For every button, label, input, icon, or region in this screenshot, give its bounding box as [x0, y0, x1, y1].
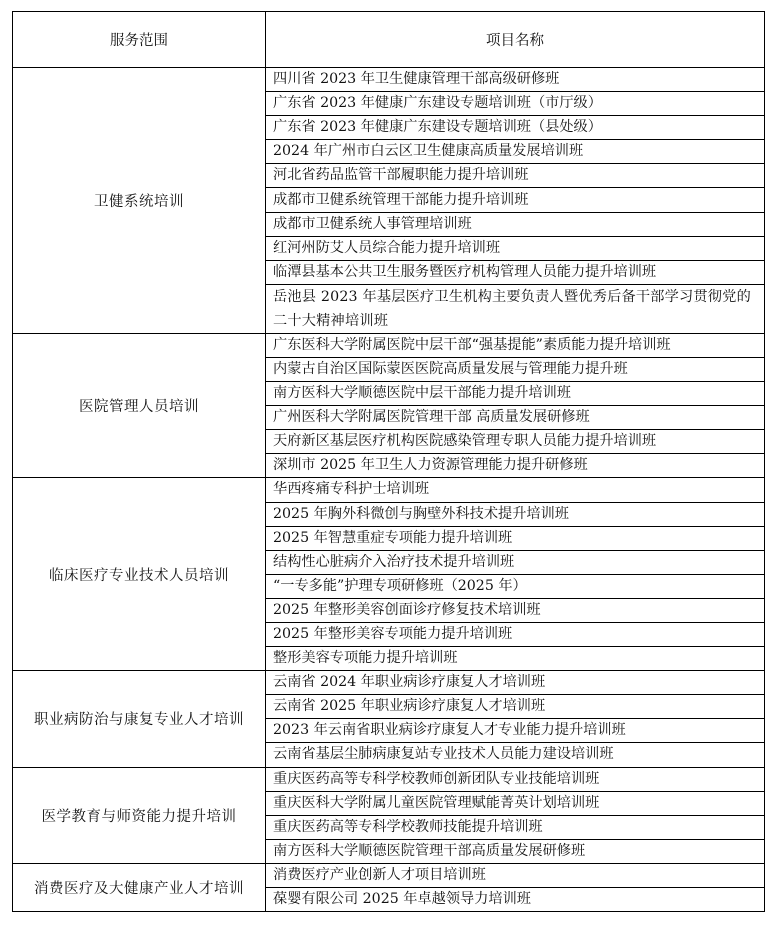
category-cell: 职业病防治与康复专业人才培训 — [13, 671, 266, 767]
project-cell: 重庆医科大学附属儿童医院管理赋能菁英计划培训班 — [266, 791, 765, 815]
project-cell: 重庆医药高等专科学校教师创新团队专业技能培训班 — [266, 767, 765, 791]
project-cell: 消费医疗产业创新人才项目培训班 — [266, 863, 765, 887]
table-row: 卫健系统培训 四川省 2023 年卫生健康管理干部高级研修班 — [13, 68, 765, 92]
project-cell: 红河州防艾人员综合能力提升培训班 — [266, 236, 765, 260]
category-cell: 医学教育与师资能力提升培训 — [13, 767, 266, 863]
table-row: 医学教育与师资能力提升培训 重庆医药高等专科学校教师创新团队专业技能培训班 — [13, 767, 765, 791]
project-cell: 葆婴有限公司 2025 年卓越领导力培训班 — [266, 888, 765, 912]
project-cell: “一专多能”护理专项研修班（2025 年） — [266, 574, 765, 598]
project-cell: 内蒙古自治区国际蒙医医院高质量发展与管理能力提升班 — [266, 357, 765, 381]
project-cell: 成都市卫健系统人事管理培训班 — [266, 212, 765, 236]
category-cell: 卫健系统培训 — [13, 68, 266, 334]
category-cell: 医院管理人员培训 — [13, 333, 266, 478]
project-cell: 结构性心脏病介入治疗技术提升培训班 — [266, 550, 765, 574]
category-cell: 临床医疗专业技术人员培训 — [13, 478, 266, 671]
project-cell: 2025 年整形美容创面诊疗修复技术培训班 — [266, 598, 765, 622]
table-row: 医院管理人员培训 广东医科大学附属医院中层干部“强基提能”素质能力提升培训班 — [13, 333, 765, 357]
project-cell: 河北省药品监管干部履职能力提升培训班 — [266, 164, 765, 188]
project-cell: 云南省 2025 年职业病诊疗康复人才培训班 — [266, 695, 765, 719]
project-cell: 2025 年智慧重症专项能力提升培训班 — [266, 526, 765, 550]
project-cell: 四川省 2023 年卫生健康管理干部高级研修班 — [266, 68, 765, 92]
project-cell: 成都市卫健系统管理干部能力提升培训班 — [266, 188, 765, 212]
project-cell: 广东省 2023 年健康广东建设专题培训班（县处级） — [266, 116, 765, 140]
project-cell: 2023 年云南省职业病诊疗康复人才专业能力提升培训班 — [266, 719, 765, 743]
project-cell: 云南省基层尘肺病康复站专业技术人员能力建设培训班 — [266, 743, 765, 767]
project-cell: 重庆医药高等专科学校教师技能提升培训班 — [266, 815, 765, 839]
project-cell: 2025 年整形美容专项能力提升培训班 — [266, 622, 765, 646]
category-cell: 消费医疗及大健康产业人才培训 — [13, 863, 266, 911]
table-row: 职业病防治与康复专业人才培训 云南省 2024 年职业病诊疗康复人才培训班 — [13, 671, 765, 695]
project-cell: 2024 年广州市白云区卫生健康高质量发展培训班 — [266, 140, 765, 164]
project-cell: 南方医科大学顺德医院管理干部高质量发展研修班 — [266, 839, 765, 863]
project-cell: 岳池县 2023 年基层医疗卫生机构主要负责人暨优秀后备干部学习贯彻党的二十大精… — [266, 284, 765, 333]
project-cell: 广东医科大学附属医院中层干部“强基提能”素质能力提升培训班 — [266, 333, 765, 357]
table-row: 临床医疗专业技术人员培训 华西疼痛专科护士培训班 — [13, 478, 765, 502]
table-row: 消费医疗及大健康产业人才培训 消费医疗产业创新人才项目培训班 — [13, 863, 765, 887]
project-cell: 2025 年胸外科微创与胸壁外科技术提升培训班 — [266, 502, 765, 526]
project-cell: 华西疼痛专科护士培训班 — [266, 478, 765, 502]
project-cell: 临潭县基本公共卫生服务暨医疗机构管理人员能力提升培训班 — [266, 260, 765, 284]
header-project-name: 项目名称 — [266, 12, 765, 68]
project-cell: 天府新区基层医疗机构医院感染管理专职人员能力提升培训班 — [266, 430, 765, 454]
project-cell: 广东省 2023 年健康广东建设专题培训班（市厅级） — [266, 92, 765, 116]
header-service-scope: 服务范围 — [13, 12, 266, 68]
project-cell: 深圳市 2025 年卫生人力资源管理能力提升研修班 — [266, 454, 765, 478]
project-cell: 广州医科大学附属医院管理干部 高质量发展研修班 — [266, 406, 765, 430]
training-programs-table: 服务范围 项目名称 卫健系统培训 四川省 2023 年卫生健康管理干部高级研修班… — [12, 11, 765, 912]
header-row: 服务范围 项目名称 — [13, 12, 765, 68]
project-cell: 整形美容专项能力提升培训班 — [266, 647, 765, 671]
project-cell: 南方医科大学顺德医院中层干部能力提升培训班 — [266, 382, 765, 406]
project-cell: 云南省 2024 年职业病诊疗康复人才培训班 — [266, 671, 765, 695]
